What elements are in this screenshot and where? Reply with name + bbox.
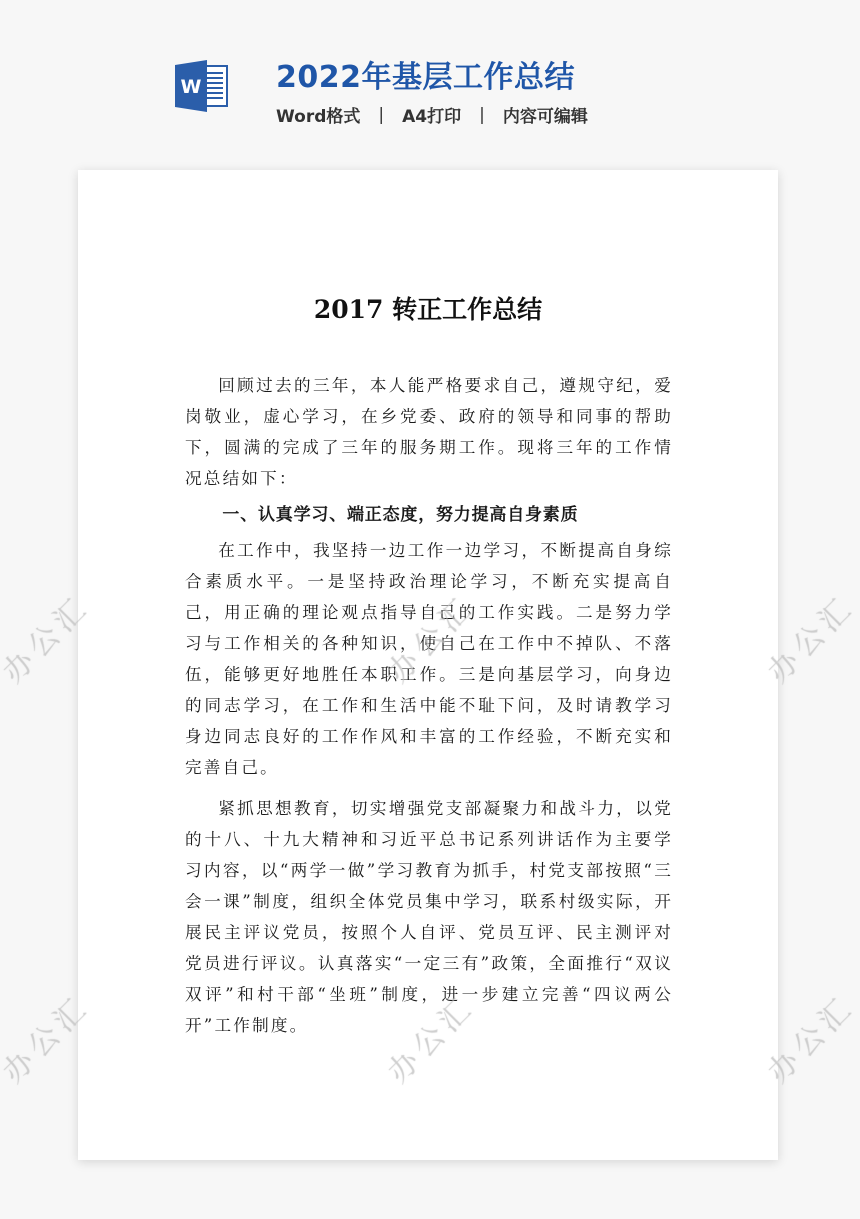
separator: |: [479, 105, 485, 125]
badge-a4-print: A4打印: [402, 102, 461, 127]
format-badges: Word格式 | A4打印 | 内容可编辑: [276, 102, 588, 127]
page-title: 2022年基层工作总结: [276, 52, 575, 96]
word-document-icon: W: [175, 60, 230, 112]
header: W 2022年基层工作总结 Word格式 | A4打印 | 内容可编辑: [0, 0, 860, 160]
document-body: 回顾过去的三年，本人能严格要求自己，遵规守纪，爱岗敬业，虚心学习，在乡党委、政府…: [185, 370, 673, 1041]
paragraph-intro: 回顾过去的三年，本人能严格要求自己，遵规守纪，爱岗敬业，虚心学习，在乡党委、政府…: [185, 370, 673, 494]
paragraph-education: 紧抓思想教育，切实增强党支部凝聚力和战斗力，以党的十八、十九大精神和习近平总书记…: [185, 793, 673, 1041]
paragraph-study: 在工作中，我坚持一边工作一边学习，不断提高自身综合素质水平。一是坚持政治理论学习…: [185, 535, 673, 783]
section-heading: 一、认真学习、端正态度，努力提高自身素质: [185, 500, 673, 531]
separator: |: [378, 105, 384, 125]
badge-word-format: Word格式: [276, 102, 360, 127]
document-title: 2017 转正工作总结: [78, 290, 778, 326]
svg-text:W: W: [181, 76, 202, 98]
badge-editable: 内容可编辑: [503, 102, 588, 127]
document-page: 2017 转正工作总结 回顾过去的三年，本人能严格要求自己，遵规守纪，爱岗敬业，…: [78, 170, 778, 1160]
